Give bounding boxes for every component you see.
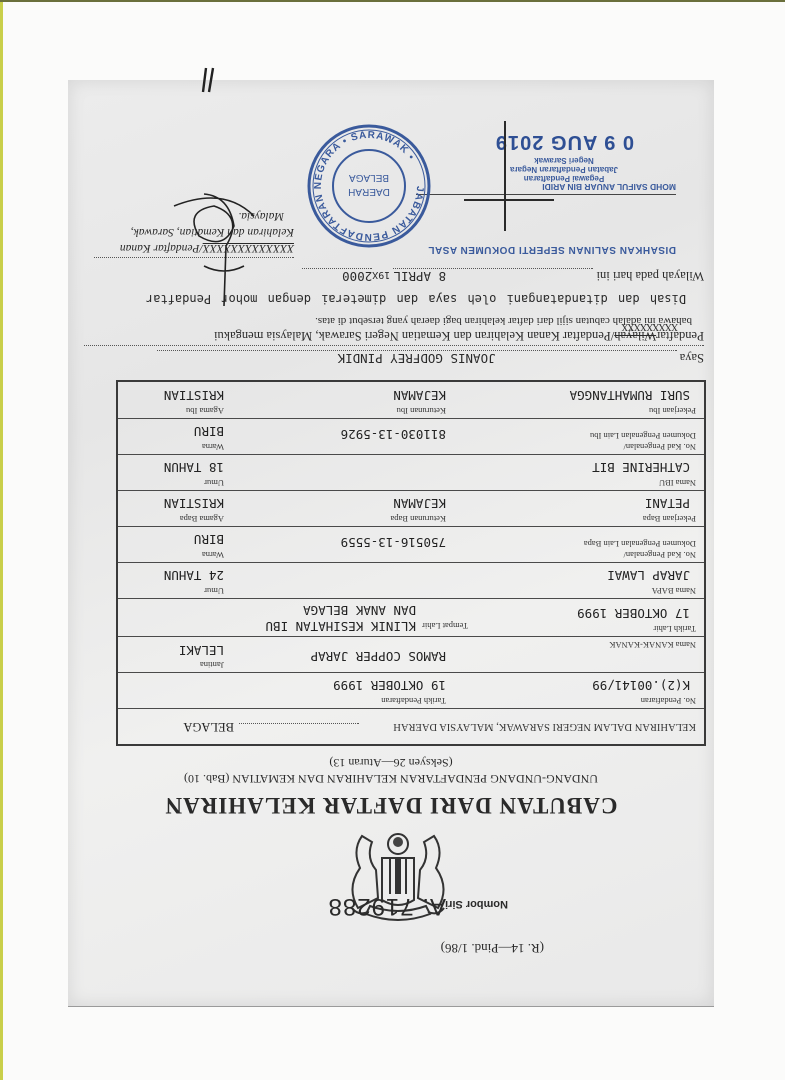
certified-date: 0 9 AUG 2019 (495, 130, 634, 153)
district-row: KELAHIRAN DALAM NEGERI SARAWAK, MALAYSIA… (118, 708, 704, 744)
registration-no: K(2).00141/99 (592, 678, 690, 693)
registration-row: No. Pendaftaran K(2).00141/99 Tarikh Pen… (118, 672, 704, 708)
mother-details-row: Pekerjaan Ibu SURI RUMAHTANGGA Keturunan… (118, 382, 704, 418)
document-title: CABUTAN DARI DAFTAR KELAHIRAN (68, 792, 714, 818)
mother-colour: BIRU (194, 424, 224, 439)
mother-ethnicity-label: Keturunan Ibu (397, 406, 446, 416)
father-id-row: No. Kad Pengenalan/ Dokumen Pengenalan L… (118, 526, 704, 562)
signatory-struck: XXXXXXXXXXXXX (203, 242, 294, 254)
register-extract-table: KELAHIRAN DALAM NEGERI SARAWAK, MALAYSIA… (116, 380, 706, 746)
child-name-row: Nama KANAK-KANAK RAMOS COPPER JARAP Jant… (118, 636, 704, 672)
signature-stroke (504, 121, 506, 231)
mother-name-label: Nama IBU (659, 478, 696, 488)
child-name-label: Nama KANAK-KANAK (609, 640, 696, 650)
cert-year-prefix: 19X (372, 269, 390, 280)
child-name: RAMOS COPPER JARAP (311, 649, 446, 664)
cert-line1-struck: WilayahXXXXXXXXX (614, 329, 656, 343)
signature-line (94, 257, 294, 258)
section-reference: (Seksyen 26—Aturan 13) (68, 755, 714, 770)
father-id-label-1: No. Kad Pengenalan/ (624, 550, 696, 560)
certifying-officer-title: Pegawai Pendaftaran Jabatan Pendaftaran … (494, 156, 634, 183)
signatory-title: XXXXXXXXXXXXX/Pendaftar Kanan Kelahiran … (94, 208, 294, 256)
district-value: BELAGA (183, 719, 234, 734)
department-seal-icon: JABATAN PENDAFTARAN NEGARA • SARAWAK • D… (304, 121, 434, 251)
birth-certificate-sheet: (R. 14—Pind. 1/86) Nombor Siri A. 719288… (68, 80, 714, 1007)
father-name-label: Nama BAPA (652, 586, 696, 596)
registrar-line: Saya JOANIS GODFREY PINDIK (84, 350, 704, 366)
father-id-label-2: Dokumen Pengenalan Lain Bapa (584, 539, 696, 549)
father-religion-label: Agama Bapa (180, 514, 224, 524)
registration-date: 19 OKTOBER 1999 (333, 678, 446, 693)
father-religion: KRISTIAN (164, 496, 224, 511)
mother-name-row: Nama IBU CATHERINE BIT Umur 18 TAHUN (118, 454, 704, 490)
cert-line1-rest: /Pendaftar Kanan Kelahiran dan Kematian … (214, 329, 614, 343)
father-details-row: Pekerjaan Bapa PETANI Keturunan Bapa KEJ… (118, 490, 704, 526)
mother-religion-label: Agama Ibu (186, 406, 224, 416)
mother-id-label-2: Dokumen Pengenalan Lain Ibu (590, 431, 696, 441)
mother-occupation: SURI RUMAHTANGGA (570, 388, 690, 403)
birth-place-label: Tempat Lahir (422, 621, 468, 631)
father-name: JARAP LAWAI (607, 568, 690, 583)
mother-colour-label: Warna (202, 442, 224, 452)
district-label: KELAHIRAN DALAM NEGERI SARAWAK, MALAYSIA… (393, 721, 696, 732)
serial-number-label: Nombor Siri (445, 898, 508, 910)
signatory-line2: Kelahiran dan Kematian, Sarawak, (94, 224, 294, 240)
certification-paragraph-1: PendaftarWilayahXXXXXXXXX/Pendaftar Kana… (84, 328, 704, 346)
cert-year: 2000 (342, 269, 372, 284)
father-name-row: Nama BAPA JARAP LAWAI Umur 24 TAHUN (118, 562, 704, 598)
mother-name: CATHERINE BIT (592, 460, 690, 475)
registration-date-label: Tarikh Pendaftaran (381, 696, 446, 706)
father-id: 750516-13-5559 (341, 535, 446, 550)
father-occupation: PETANI (645, 496, 690, 511)
sex-label: Jantina (200, 660, 224, 670)
certifying-officer: MOHD SAIFUL ANUAR BIN ARIDI (416, 182, 676, 195)
svg-text:DAERAH: DAERAH (348, 186, 390, 197)
certification-paragraph-3: Disah dan ditandatangani oleh saya dan d… (66, 291, 686, 306)
signatory-line3: Malaysia. (94, 208, 294, 224)
serial-number: A. 719288 (328, 892, 446, 920)
registration-no-label: No. Pendaftaran (641, 696, 696, 706)
birth-place-line1: KLINIK KESIHATAN IBU (265, 619, 416, 634)
mother-religion: KRISTIAN (164, 388, 224, 403)
mother-age-label: Umur (204, 478, 224, 488)
father-colour-label: Warna (202, 550, 224, 560)
birth-row: Tarikh Lahir 17 OKTOBER 1999 Tempat Lahi… (118, 598, 704, 636)
father-age: 24 TAHUN (164, 568, 224, 583)
scan-edge-top (0, 0, 785, 2)
father-ethnicity: KEJAMAN (393, 496, 446, 511)
law-reference: UNDANG-UNDANG PENDAFTARAN KELAHIRAN DAN … (68, 771, 714, 786)
mother-id-row: No. Kad Pengenalan/ Dokumen Pengenalan L… (118, 418, 704, 454)
birth-date-label: Tarikh Lahir (653, 624, 696, 634)
cert-day-month: 8 APRIL (393, 269, 446, 284)
handwritten-tick-mark (197, 66, 219, 94)
birth-place-line2: DAN ANAK BELAGA (303, 603, 416, 618)
father-occupation-label: Pekerjaan Bapa (643, 514, 696, 524)
form-code: (R. 14—Pind. 1/86) (441, 940, 544, 956)
certification-paragraph-2: bahawa ini adalah cabutan sijil dari daf… (72, 313, 692, 328)
signature-stroke (464, 199, 554, 201)
registrar-name: JOANIS GODFREY PINDIK (338, 351, 496, 366)
cert-date-prefix: Wilayah pada hari ini (597, 269, 704, 283)
svg-text:BELAGA: BELAGA (349, 172, 389, 183)
mother-age: 18 TAHUN (164, 460, 224, 475)
certified-copy-heading: DISAHKAN SALINAN SEPERTI DOKUMEN ASAL (428, 244, 676, 255)
mother-ethnicity: KEJAMAN (393, 388, 446, 403)
birth-date: 17 OKTOBER 1999 (577, 606, 690, 621)
sex-value: LELAKI (179, 643, 224, 658)
father-colour: BIRU (194, 532, 224, 547)
mother-occupation-label: Pekerjaan Ibu (649, 406, 696, 416)
scan-edge-left (0, 0, 3, 1080)
signatory-line1: /Pendaftar Kanan (120, 242, 203, 254)
father-ethnicity-label: Keturunan Bapa (391, 514, 446, 524)
mother-id: 811030-13-5926 (341, 427, 446, 442)
mother-id-label-1: No. Kad Pengenalan/ (624, 442, 696, 452)
dotted-leader (239, 723, 359, 724)
saya-label: Saya (680, 351, 704, 365)
father-age-label: Umur (204, 586, 224, 596)
